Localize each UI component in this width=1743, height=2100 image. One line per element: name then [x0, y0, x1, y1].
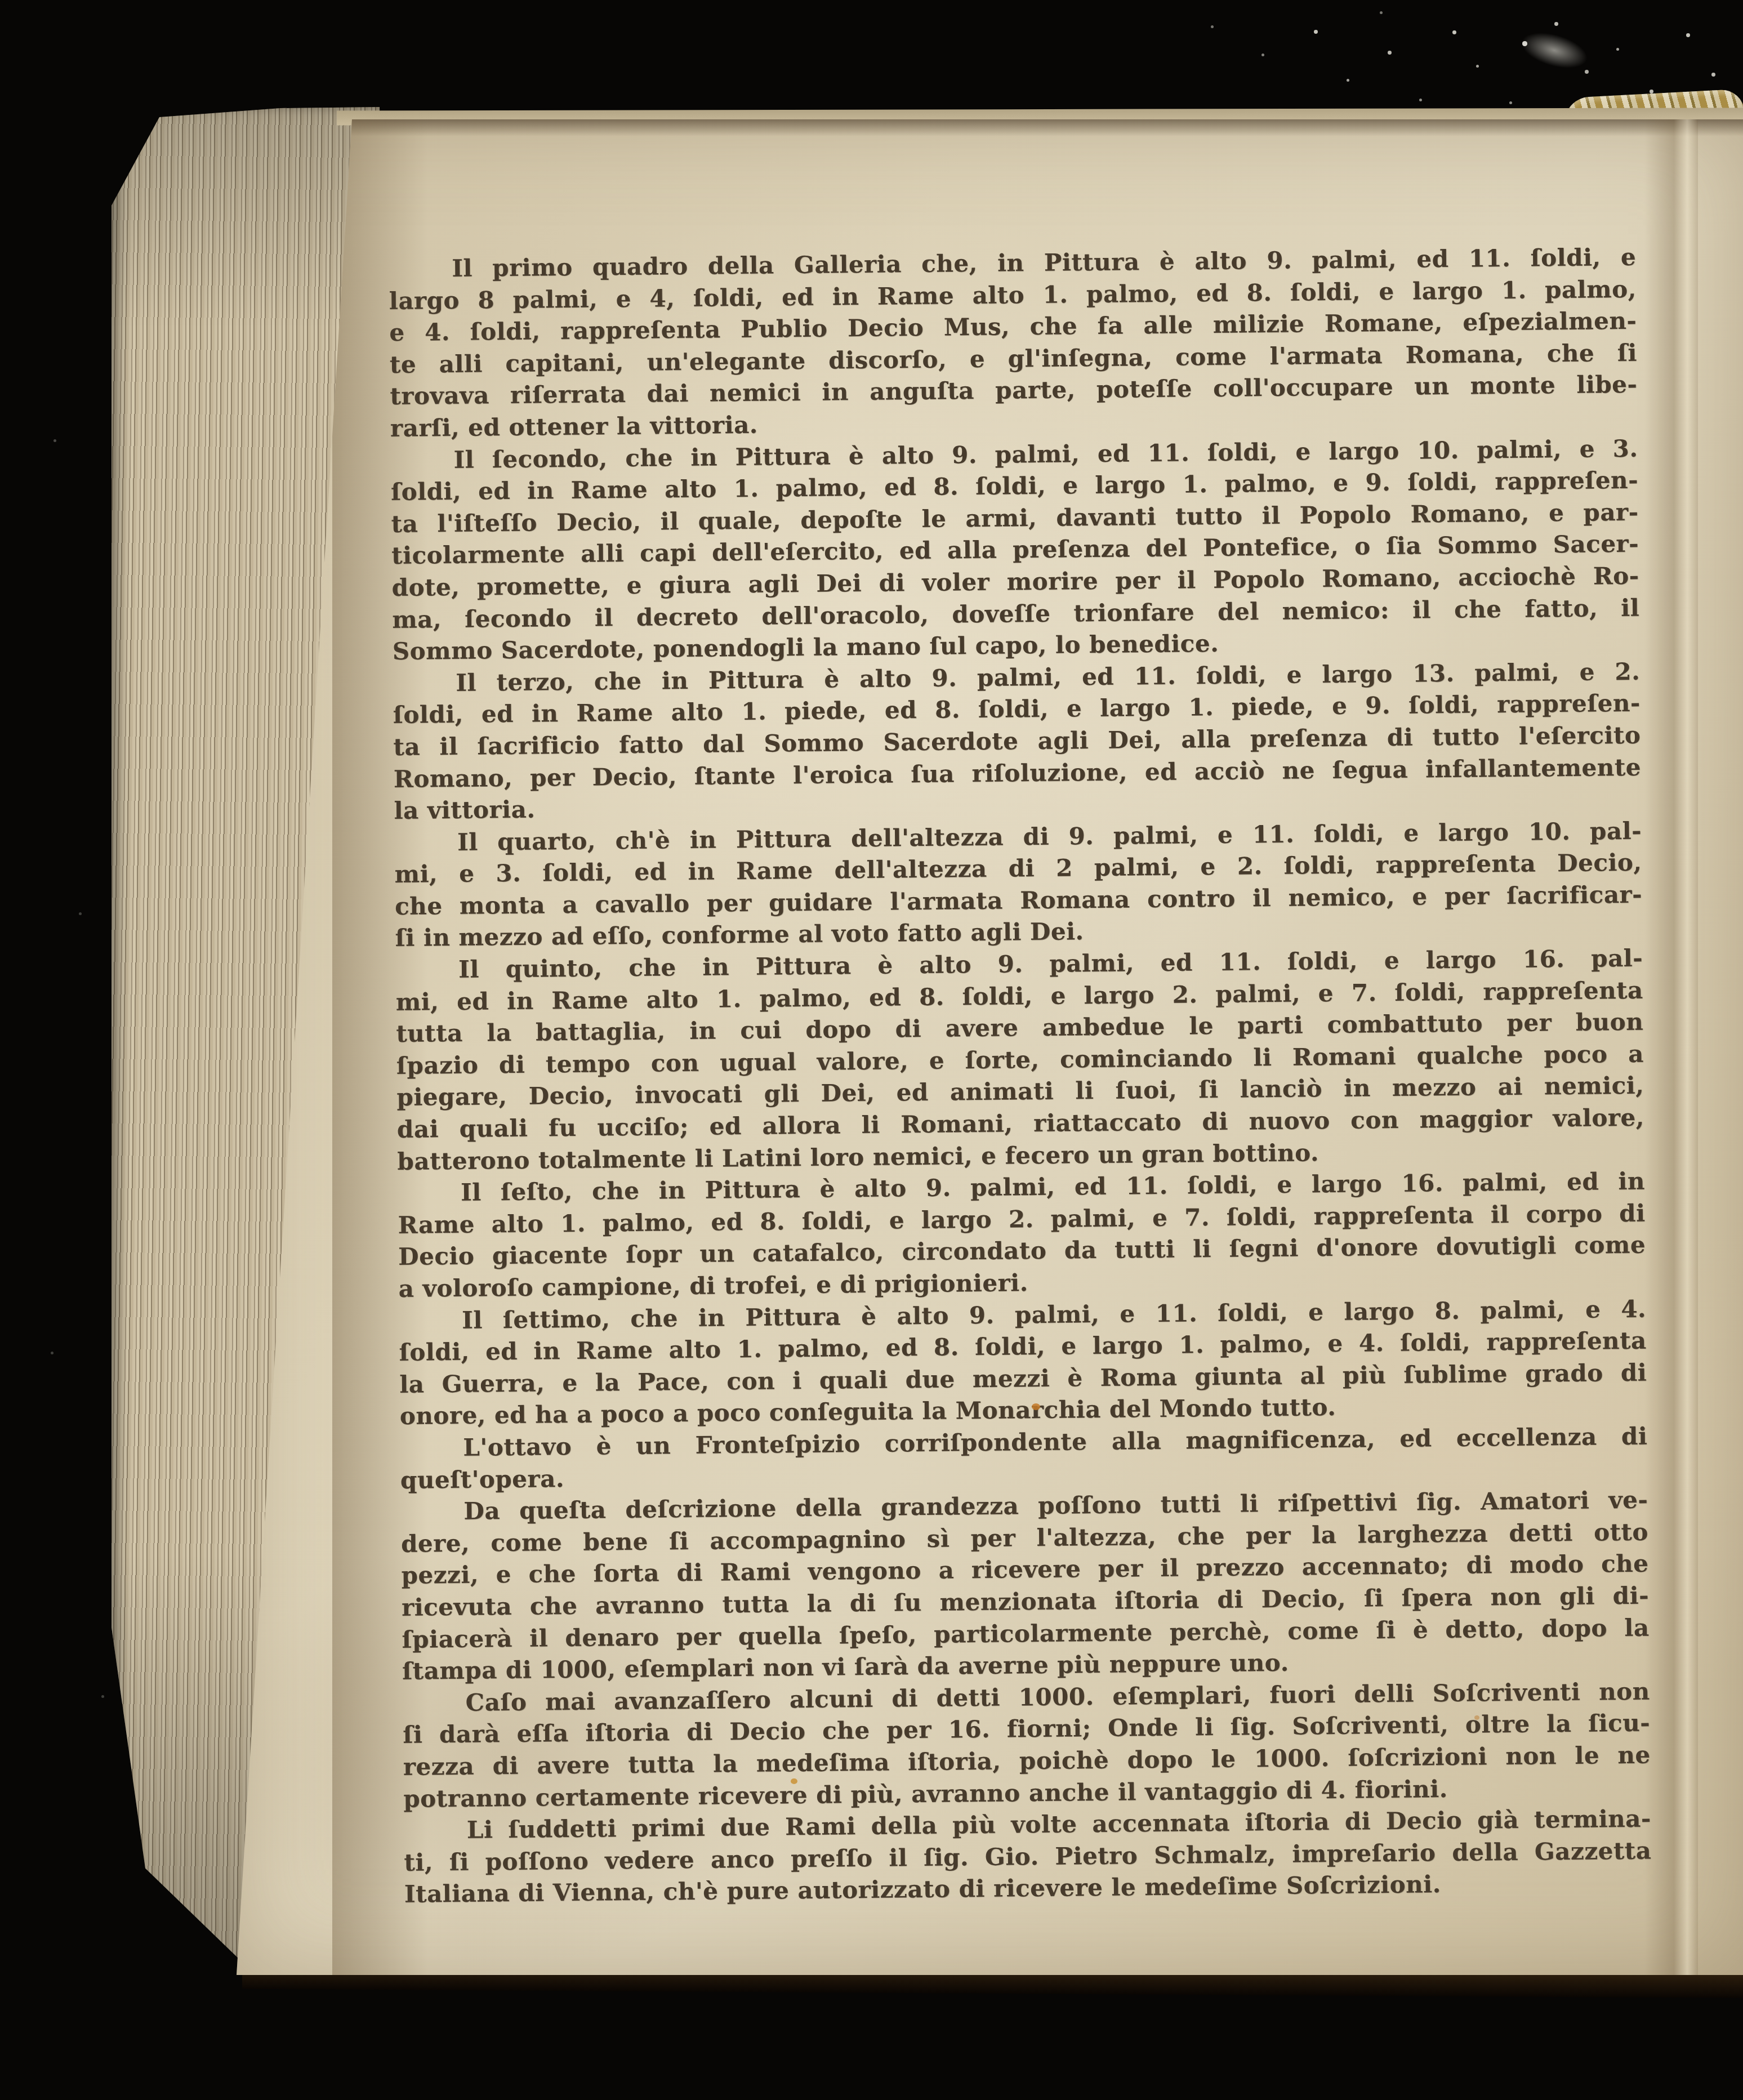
- foxing-stain: [791, 1778, 797, 1784]
- photo-of-book-page: { "document": { "kind": "scanned antique…: [0, 0, 1743, 2100]
- top-edge-shading: [237, 119, 1743, 136]
- right-edge-crease: [1644, 119, 1698, 1975]
- page-text: Il primo quadro della Galleria che, in P…: [389, 242, 1652, 1911]
- dust-smudge: [1518, 26, 1592, 75]
- dust-speckles: [0, 0, 2, 2]
- foxing-stain: [1032, 1403, 1040, 1410]
- paper-sheet: Il primo quadro della Galleria che, in P…: [237, 119, 1743, 1975]
- foxing-stain: [1474, 1715, 1479, 1720]
